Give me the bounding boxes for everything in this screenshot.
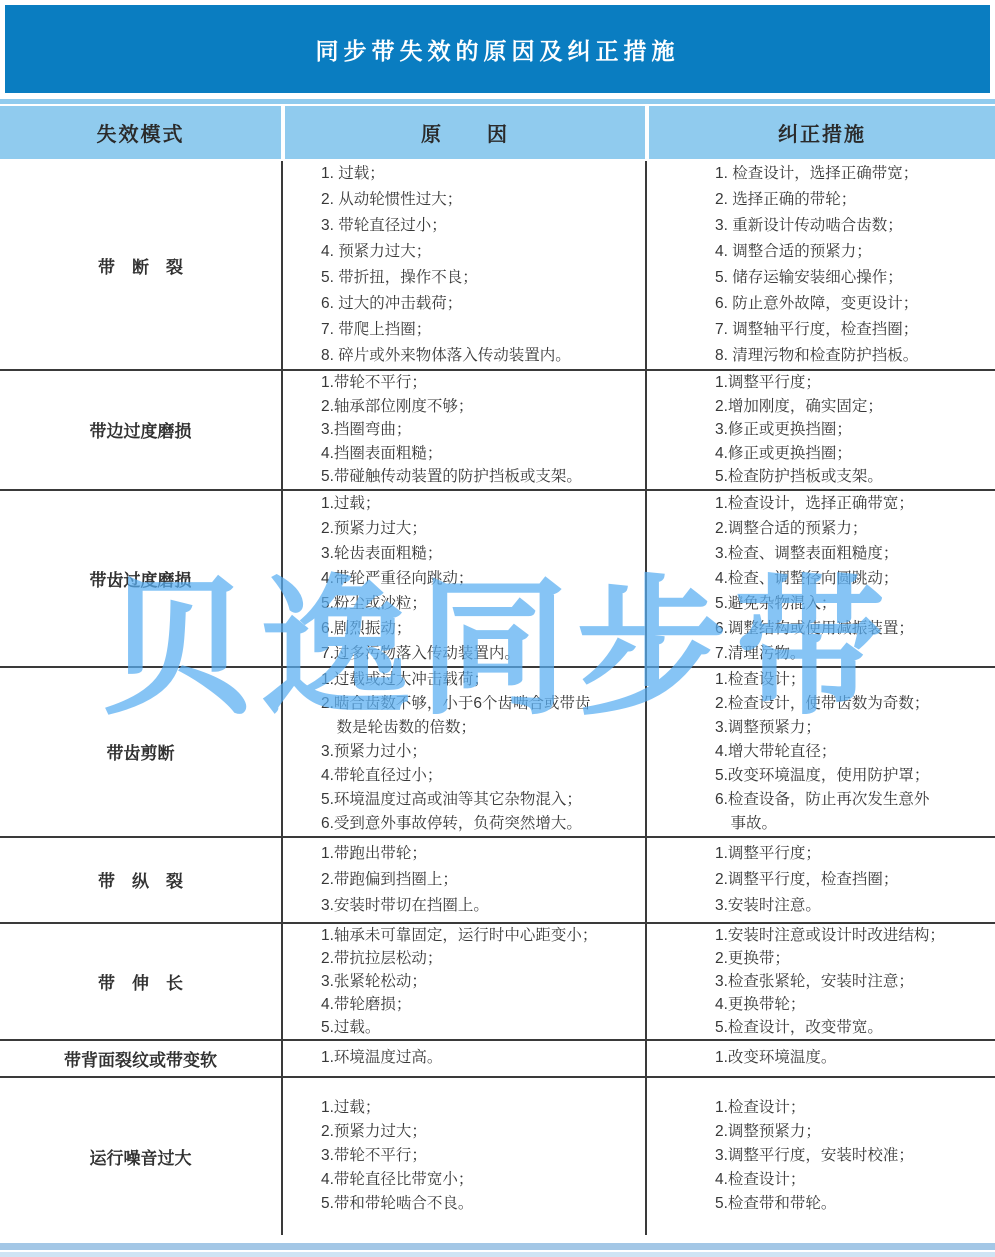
action-text: 1.调整平行度； 2.调整平行度，检查挡圈； 3.安装时注意。 — [715, 841, 898, 919]
failure-mode-cell: 带齿剪断 — [0, 668, 281, 836]
cause-text: 1.过载或过大冲击载荷； 2.啮合齿数不够，小于6个齿啮合或带齿 数是轮齿数的倍… — [321, 668, 591, 836]
column-header-failure-mode: 失效模式 — [0, 106, 281, 159]
cause-cell: 1.过载； 2.预紧力过大； 3.轮齿表面粗糙； 4.带轮严重径向跳动； 5.粉… — [281, 491, 645, 666]
cause-cell: 1.轴承未可靠固定，运行时中心距变小； 2.带抗拉层松动； 3.张紧轮松动； 4… — [281, 924, 645, 1039]
action-cell: 1. 检查设计，选择正确带宽； 2. 选择正确的带轮； 3. 重新设计传动啮合齿… — [645, 161, 995, 369]
failure-mode-cell: 带背面裂纹或带变软 — [0, 1041, 281, 1076]
failure-table: 失效模式 原 因 纠正措施 带 断 裂 1. 过载； 2. 从动轮惯性过大； 3… — [0, 106, 995, 1235]
action-cell: 1.调整平行度； 2.增加刚度，确实固定； 3.修正或更换挡圈； 4.修正或更换… — [645, 371, 995, 489]
action-cell: 1.检查设计，选择正确带宽； 2.调整合适的预紧力； 3.检查、调整表面粗糙度；… — [645, 491, 995, 666]
footer-stripe-light — [0, 1252, 995, 1257]
action-cell: 1.改变环境温度。 — [645, 1041, 995, 1076]
cause-text: 1.带跑出带轮； 2.带跑偏到挡圈上； 3.安装时带切在挡圈上。 — [321, 841, 489, 919]
table-body: 带 断 裂 1. 过载； 2. 从动轮惯性过大； 3. 带轮直径过小； 4. 预… — [0, 161, 995, 1235]
column-header-cause: 原 因 — [281, 106, 645, 159]
action-cell: 1.安装时注意或设计时改进结构； 2.更换带； 3.检查张紧轮，安装时注意； 4… — [645, 924, 995, 1039]
action-text: 1. 检查设计，选择正确带宽； 2. 选择正确的带轮； 3. 重新设计传动啮合齿… — [715, 161, 918, 369]
action-cell: 1.检查设计； 2.检查设计，使带齿数为奇数； 3.调整预紧力； 4.增大带轮直… — [645, 668, 995, 836]
action-text: 1.检查设计，选择正确带宽； 2.调整合适的预紧力； 3.检查、调整表面粗糙度；… — [715, 491, 914, 666]
failure-mode-cell: 带 断 裂 — [0, 161, 281, 369]
cause-text: 1.带轮不平行； 2.轴承部位刚度不够； 3.挡圈弯曲； 4.挡圈表面粗糙； 5… — [321, 371, 582, 489]
cause-cell: 1.过载； 2.预紧力过大； 3.带轮不平行； 4.带轮直径比带宽小； 5.带和… — [281, 1078, 645, 1235]
cause-text: 1.过载； 2.预紧力过大； 3.带轮不平行； 4.带轮直径比带宽小； 5.带和… — [321, 1096, 473, 1216]
column-header-action: 纠正措施 — [645, 106, 995, 159]
footer-stripes — [0, 1243, 995, 1257]
cause-text: 1.轴承未可靠固定，运行时中心距变小； 2.带抗拉层松动； 3.张紧轮松动； 4… — [321, 924, 597, 1039]
table-row-longitudinal-crack: 带 纵 裂 1.带跑出带轮； 2.带跑偏到挡圈上； 3.安装时带切在挡圈上。 1… — [0, 836, 995, 922]
action-cell: 1.检查设计； 2.调整预紧力； 3.调整平行度，安装时校准； 4.检查设计； … — [645, 1078, 995, 1235]
cause-text: 1.过载； 2.预紧力过大； 3.轮齿表面粗糙； 4.带轮严重径向跳动； 5.粉… — [321, 491, 520, 666]
failure-mode-cell: 带 纵 裂 — [0, 838, 281, 922]
cause-cell: 1.带轮不平行； 2.轴承部位刚度不够； 3.挡圈弯曲； 4.挡圈表面粗糙； 5… — [281, 371, 645, 489]
table-row-belt-elongation: 带 伸 长 1.轴承未可靠固定，运行时中心距变小； 2.带抗拉层松动； 3.张紧… — [0, 922, 995, 1039]
table-row-belt-break: 带 断 裂 1. 过载； 2. 从动轮惯性过大； 3. 带轮直径过小； 4. 预… — [0, 161, 995, 369]
action-cell: 1.调整平行度； 2.调整平行度，检查挡圈； 3.安装时注意。 — [645, 838, 995, 922]
action-text: 1.检查设计； 2.调整预紧力； 3.调整平行度，安装时校准； 4.检查设计； … — [715, 1096, 914, 1216]
footer-stripe-mid — [0, 1243, 995, 1250]
failure-mode-cell: 带 伸 长 — [0, 924, 281, 1039]
cause-cell: 1.环境温度过高。 — [281, 1041, 645, 1076]
cause-cell: 1.过载或过大冲击载荷； 2.啮合齿数不够，小于6个齿啮合或带齿 数是轮齿数的倍… — [281, 668, 645, 836]
table-row-back-crack-soften: 带背面裂纹或带变软 1.环境温度过高。 1.改变环境温度。 — [0, 1039, 995, 1076]
failure-mode-cell: 带齿过度磨损 — [0, 491, 281, 666]
table-row-edge-wear: 带边过度磨损 1.带轮不平行； 2.轴承部位刚度不够； 3.挡圈弯曲； 4.挡圈… — [0, 369, 995, 489]
table-row-running-noise: 运行噪音过大 1.过载； 2.预紧力过大； 3.带轮不平行； 4.带轮直径比带宽… — [0, 1076, 995, 1235]
title-banner: 同步带失效的原因及纠正措施 — [5, 5, 990, 93]
action-text: 1.检查设计； 2.检查设计，使带齿数为奇数； 3.调整预紧力； 4.增大带轮直… — [715, 668, 929, 836]
cause-text: 1.环境温度过高。 — [321, 1048, 442, 1068]
failure-mode-cell: 带边过度磨损 — [0, 371, 281, 489]
document-page: 同步带失效的原因及纠正措施 失效模式 原 因 纠正措施 带 断 裂 1. 过载；… — [0, 0, 995, 1257]
action-text: 1.调整平行度； 2.增加刚度，确实固定； 3.修正或更换挡圈； 4.修正或更换… — [715, 371, 883, 489]
action-text: 1.改变环境温度。 — [715, 1048, 836, 1068]
table-row-tooth-wear: 带齿过度磨损 1.过载； 2.预紧力过大； 3.轮齿表面粗糙； 4.带轮严重径向… — [0, 489, 995, 666]
table-row-tooth-shear: 带齿剪断 1.过载或过大冲击载荷； 2.啮合齿数不够，小于6个齿啮合或带齿 数是… — [0, 666, 995, 836]
cause-cell: 1.带跑出带轮； 2.带跑偏到挡圈上； 3.安装时带切在挡圈上。 — [281, 838, 645, 922]
cause-cell: 1. 过载； 2. 从动轮惯性过大； 3. 带轮直径过小； 4. 预紧力过大； … — [281, 161, 645, 369]
cause-text: 1. 过载； 2. 从动轮惯性过大； 3. 带轮直径过小； 4. 预紧力过大； … — [321, 161, 571, 369]
table-header-row: 失效模式 原 因 纠正措施 — [0, 106, 995, 159]
action-text: 1.安装时注意或设计时改进结构； 2.更换带； 3.检查张紧轮，安装时注意； 4… — [715, 924, 945, 1039]
divider-line — [0, 99, 995, 104]
page-title: 同步带失效的原因及纠正措施 — [316, 33, 680, 66]
failure-mode-cell: 运行噪音过大 — [0, 1078, 281, 1235]
